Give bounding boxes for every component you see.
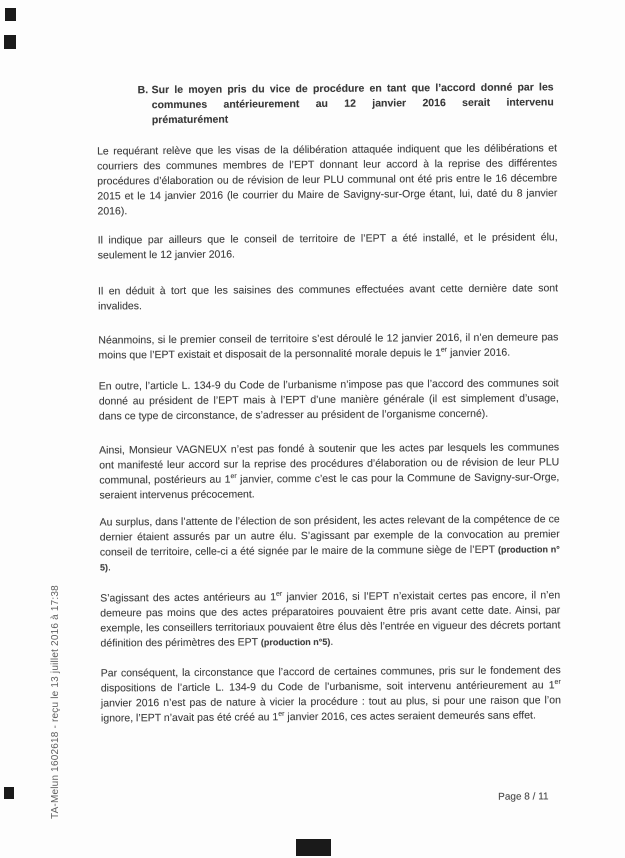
text-segment: Au surplus, dans l’attente de l’élection… bbox=[100, 513, 560, 558]
text-segment: S’agissant des actes antérieurs au 1 bbox=[100, 591, 276, 604]
text-segment: janvier 2016, ces actes seraient demeuré… bbox=[284, 709, 535, 723]
paragraph: Le requérant relève que les visas de la … bbox=[97, 141, 558, 219]
text-segment: Par conséquent, la circonstance que l’ac… bbox=[101, 664, 561, 694]
paragraphs: Le requérant relève que les visas de la … bbox=[97, 141, 561, 726]
text-segment: . bbox=[330, 636, 333, 648]
production-reference: (production n°5) bbox=[261, 637, 331, 647]
ordinal-superscript: er bbox=[555, 679, 561, 686]
paragraph: Il indique par ailleurs que le conseil d… bbox=[98, 230, 558, 263]
text-segment: . bbox=[108, 561, 111, 573]
paragraph: Par conséquent, la circonstance que l’ac… bbox=[101, 663, 561, 726]
paragraph: Néanmoins, si le premier conseil de terr… bbox=[98, 330, 558, 363]
paragraph: Ainsi, Monsieur VAGNEUX n’est pas fondé … bbox=[99, 440, 559, 503]
scanned-document-page: TA-Melun 1602618 - reçu le 13 juillet 20… bbox=[0, 0, 625, 858]
heading-lines: Sur le moyen pris du vice de procédure e… bbox=[152, 80, 554, 128]
text-segment: En outre, l’article L. 134-9 du Code de … bbox=[99, 377, 559, 422]
paragraph: Au surplus, dans l’attente de l’élection… bbox=[100, 512, 560, 575]
page-number: Page 8 / 11 bbox=[3, 791, 549, 806]
paragraph: S’agissant des actes antérieurs au 1er j… bbox=[100, 588, 560, 651]
heading-line: communes antérieurement au 12 janvier 20… bbox=[152, 95, 554, 113]
paragraph: En outre, l’article L. 134-9 du Code de … bbox=[99, 376, 559, 424]
paragraph: Il en déduit à tort que les saisines des… bbox=[98, 281, 558, 314]
text-segment: Il en déduit à tort que les saisines des… bbox=[98, 282, 558, 312]
text-segment: Il indique par ailleurs que le conseil d… bbox=[98, 231, 558, 261]
document-content: B. Sur le moyen pris du vice de procédur… bbox=[0, 0, 625, 858]
text-segment: janvier 2016. bbox=[447, 347, 510, 359]
text-segment: Le requérant relève que les visas de la … bbox=[97, 142, 557, 217]
section-heading-label: B. bbox=[138, 83, 149, 98]
heading-line: prématurément bbox=[152, 110, 554, 128]
section-heading: B. Sur le moyen pris du vice de procédur… bbox=[138, 80, 554, 128]
